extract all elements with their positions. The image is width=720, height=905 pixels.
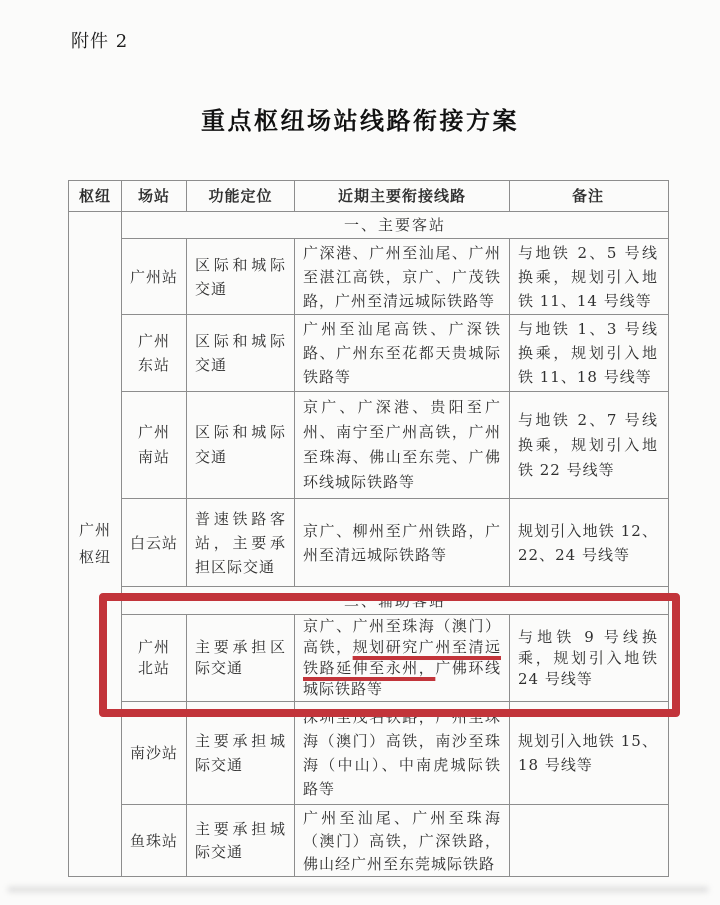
document-page: 附件 2 重点枢纽场站线路衔接方案 枢纽 场站 功能定位 近期主要衔接线路 备注… — [0, 0, 720, 905]
cell-station: 鱼珠站 — [122, 805, 187, 877]
cell-function: 主要承担城际交通 — [187, 805, 295, 877]
cell-lines: 京广、柳州至广州铁路，广州至清远城际铁路等 — [295, 499, 510, 586]
cell-lines: 京广、广深港、贵阳至广州、南宁至广州高铁，广州至珠海、佛山至东莞、广佛环线城际铁… — [295, 392, 510, 498]
table-row: 白云站 普速铁路客站，主要承担区际交通 京广、柳州至广州铁路，广州至清远城际铁路… — [122, 499, 668, 587]
hub-name-cell: 广州 枢纽 — [69, 212, 122, 876]
cell-remarks: 与地铁 2、5 号线换乘，规划引入地铁 11、14 号线等 — [510, 239, 666, 314]
table-row: 南沙站 主要承担城际交通 深圳至茂名铁路，广州至珠海（澳门）高铁，南沙至珠海（中… — [122, 702, 668, 805]
table-row: 鱼珠站 主要承担城际交通 广州至汕尾、广州至珠海（澳门）高铁，广深铁路，佛山经广… — [122, 805, 668, 877]
table-row-highlighted: 广州 北站 主要承担区际交通 京广、广州至珠海（澳门）高铁，规划研究广州至清远铁… — [122, 615, 668, 702]
cell-lines: 广州至汕尾、广州至珠海（澳门）高铁，广深铁路，佛山经广州至东莞城际铁路 — [295, 805, 510, 877]
header-function: 功能定位 — [187, 181, 295, 211]
attachment-label: 附件 2 — [71, 27, 128, 53]
cell-function: 区际和城际交通 — [187, 239, 295, 314]
table-body: 广州 枢纽 一、主要客站 广州站 区际和城际交通 广深港、广州至汕尾、广州至湛江… — [69, 212, 668, 876]
section-auxiliary-stations: 二、辅助客站 — [122, 587, 668, 615]
cell-station: 广州站 — [122, 239, 187, 314]
cell-remarks: 规划引入地铁 15、18 号线等 — [510, 702, 666, 804]
hub-connection-table: 枢纽 场站 功能定位 近期主要衔接线路 备注 广州 枢纽 一、主要客站 广州站 … — [68, 180, 669, 877]
cell-lines: 深圳至茂名铁路，广州至珠海（澳门）高铁，南沙至珠海（中山）、中南虎城际铁路等 — [295, 702, 510, 804]
cell-lines: 京广、广州至珠海（澳门）高铁，规划研究广州至清远铁路延伸至永州，广佛环线城际铁路… — [295, 615, 510, 701]
cell-remarks: 与地铁 9 号线换乘，规划引入地铁 24 号线等 — [510, 615, 666, 701]
cell-function: 区际和城际交通 — [187, 315, 295, 391]
cell-station: 广州 南站 — [122, 392, 187, 498]
cell-station: 南沙站 — [122, 702, 187, 804]
cell-function: 主要承担区际交通 — [187, 615, 295, 701]
header-remarks: 备注 — [510, 181, 666, 211]
section-main-stations: 一、主要客站 — [122, 212, 668, 239]
header-hub: 枢纽 — [69, 181, 122, 211]
table-row: 广州 东站 区际和城际交通 广州至汕尾高铁、广深铁路、广州东至花都天贵城际铁路等… — [122, 315, 668, 392]
cell-station: 白云站 — [122, 499, 187, 586]
cell-function: 普速铁路客站，主要承担区际交通 — [187, 499, 295, 586]
table-row: 广州站 区际和城际交通 广深港、广州至汕尾、广州至湛江高铁，京广、广茂铁路，广州… — [122, 239, 668, 315]
cell-function: 主要承担城际交通 — [187, 702, 295, 804]
cell-station: 广州 北站 — [122, 615, 187, 701]
cell-lines: 广州至汕尾高铁、广深铁路、广州东至花都天贵城际铁路等 — [295, 315, 510, 391]
cell-remarks: 规划引入地铁 12、22、24 号线等 — [510, 499, 666, 586]
cell-remarks: 与地铁 2、7 号线换乘，规划引入地铁 22 号线等 — [510, 392, 666, 498]
cell-remarks: 与地铁 1、3 号线换乘，规划引入地铁 11、18 号线等 — [510, 315, 666, 391]
table-row: 广州 南站 区际和城际交通 京广、广深港、贵阳至广州、南宁至广州高铁，广州至珠海… — [122, 392, 668, 499]
cell-lines: 广深港、广州至汕尾、广州至湛江高铁，京广、广茂铁路，广州至清远城际铁路等 — [295, 239, 510, 314]
header-lines: 近期主要衔接线路 — [295, 181, 510, 211]
header-station: 场站 — [122, 181, 187, 211]
cell-function: 区际和城际交通 — [187, 392, 295, 498]
page-title: 重点枢纽场站线路衔接方案 — [0, 101, 720, 136]
table-header-row: 枢纽 场站 功能定位 近期主要衔接线路 备注 — [69, 181, 668, 212]
cell-station: 广州 东站 — [122, 315, 187, 391]
cell-remarks — [510, 805, 666, 877]
page-edge-shadow — [8, 887, 708, 892]
